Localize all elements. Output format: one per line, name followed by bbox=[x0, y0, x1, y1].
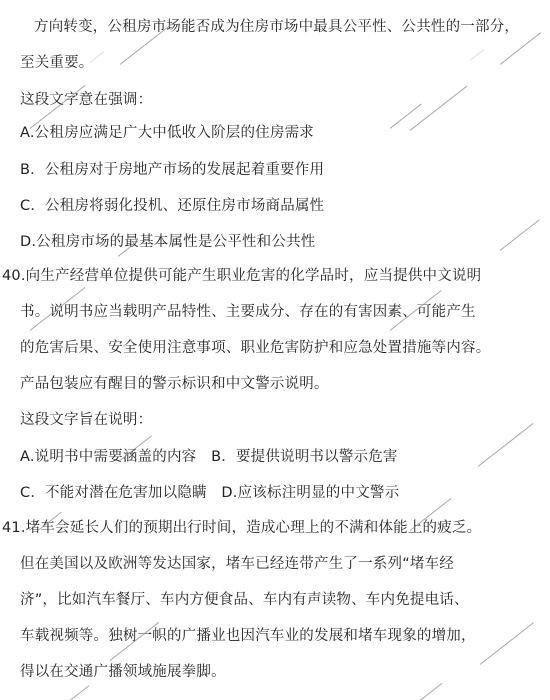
q40-stem-line-3: 的危害后果、安全使用注意事项、职业危害防护和应急处置措施等内容。 bbox=[20, 338, 490, 358]
q40-stem-line-1: 40.向生产经营单位提供可能产生职业危害的化学品时，应当提供中文说明 bbox=[2, 266, 481, 286]
watermark-stroke bbox=[410, 86, 467, 131]
q41-stem-line-2: 但在美国以及欧洲等发达国家，堵车已经连带产生了一系列“堵车经 bbox=[20, 554, 454, 574]
q41-stem-line-4: 车载视频等。独树一帜的广播业也因汽车业的发展和堵车现象的增加， bbox=[20, 626, 476, 646]
q40-options-row-1: A.说明书中需要涵盖的内容 B．要提供说明书以警示危害 bbox=[20, 447, 398, 467]
q41-stem-line-5: 得以在交通广播领域施展拳脚。 bbox=[20, 662, 226, 682]
watermark-stroke bbox=[478, 423, 534, 467]
q40-stem-line-4: 产品包装应有醒目的警示标识和中文警示说明。 bbox=[20, 374, 329, 394]
q39-option-c: C．公租房将弱化投机、还原住房市场商品属性 bbox=[20, 196, 324, 216]
q39-option-b: B．公租房对于房地产市场的发展起着重要作用 bbox=[20, 160, 324, 180]
q40-options-row-2: C．不能对潜在危害加以隐瞒 D.应该标注明显的中文警示 bbox=[20, 483, 399, 503]
q39-option-a: A.公租房应满足广大中低收入阶层的住房需求 bbox=[20, 123, 314, 143]
q39-text-line-2: 至关重要。 bbox=[20, 53, 94, 73]
q41-stem-line-3: 济”，比如汽车餐厅、车内方便食品、车内有声读物、车内免提电话、 bbox=[20, 590, 469, 610]
q40-stem-line-2: 书。说明书应当载明产品特性、主要成分、存在的有害因素、可能产生 bbox=[20, 302, 476, 322]
watermark-stroke bbox=[420, 683, 443, 700]
watermark-stroke bbox=[500, 32, 542, 65]
watermark-stroke bbox=[470, 49, 485, 61]
q39-prompt: 这段文字意在强调： bbox=[20, 90, 152, 110]
watermark-stroke bbox=[70, 685, 90, 700]
document-page: 方向转变，公租房市场能否成为住房市场中最具公平性、公共性的一部分， 至关重要。 … bbox=[0, 0, 550, 700]
watermark-stroke bbox=[500, 219, 540, 251]
q39-option-d: D.公租房市场的最基本属性是公平性和公共性 bbox=[20, 232, 315, 252]
q39-text-line-1: 方向转变，公租房市场能否成为住房市场中最具公平性、公共性的一部分， bbox=[34, 17, 519, 37]
q40-prompt: 这段文字旨在说明： bbox=[20, 410, 152, 430]
watermark-stroke bbox=[480, 622, 534, 665]
q41-stem-line-1: 41.堵车会延长人们的预期出行时间，造成心理上的不满和体能上的疲乏。 bbox=[2, 518, 481, 538]
